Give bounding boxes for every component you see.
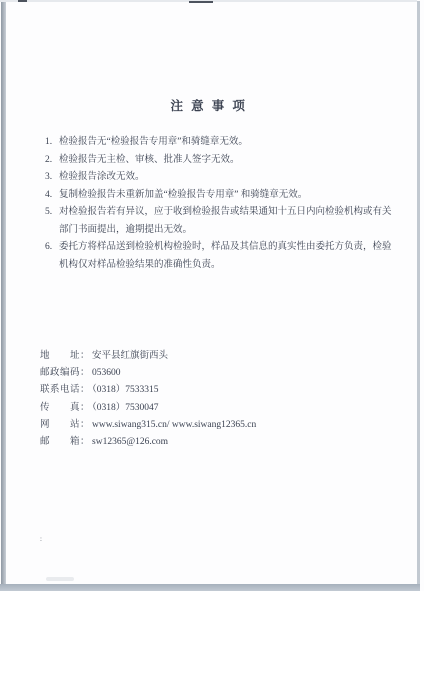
- page-scan-edge-left: [1, 0, 6, 589]
- list-item: 1.检验报告无“检验报告专用章”和骑缝章无效。: [45, 134, 394, 152]
- contact-value: （0318）7533315: [92, 385, 159, 395]
- list-item: 4.复制检验报告未重新加盖“检验报告专用章” 和骑缝章无效。: [45, 187, 394, 205]
- contact-row-phone: 联系电话：（0318）7533315: [40, 382, 256, 399]
- contact-value: www.siwang315.cn/ www.siwang12365.cn: [92, 420, 256, 430]
- note-text: 委托方将样品送到检验机构检验时，样品及其信息的真实性由委托方负责，检验机构仅对样…: [59, 242, 392, 270]
- note-number: 5.: [45, 204, 59, 222]
- scan-artifact-mark: [18, 0, 27, 2]
- contact-value: sw12365@126.com: [92, 437, 168, 447]
- page-scan-edge-right: [417, 1, 420, 587]
- note-text: 对检验报告若有异议，应于收到检验报告或结果通知十五日内向检验机构或有关部门书面提…: [59, 207, 392, 235]
- note-number: 3.: [45, 169, 59, 187]
- contact-row-email: 邮 箱：sw12365@126.com: [40, 434, 256, 451]
- contact-label: 邮 箱：: [40, 437, 90, 447]
- note-number: 1.: [45, 134, 59, 152]
- contact-row-website: 网 站：www.siwang315.cn/ www.siwang12365.cn: [40, 417, 256, 434]
- note-number: 4.: [45, 187, 59, 205]
- note-number: 2.: [45, 152, 59, 170]
- contact-value: （0318）7530047: [92, 403, 159, 413]
- list-item: 3.检验报告涂改无效。: [45, 169, 394, 187]
- contact-value: 安平县红旗街西头: [92, 351, 168, 361]
- scanned-document-page: 注 意 事 项 1.检验报告无“检验报告专用章”和骑缝章无效。 2.检验报告无主…: [0, 0, 424, 591]
- contact-row-fax: 传 真：（0318）7530047: [40, 400, 256, 417]
- contact-label: 联系电话：: [40, 385, 90, 395]
- list-item: 2.检验报告无主检、审核、批准人签字无效。: [45, 152, 394, 170]
- scan-smudge: [46, 577, 74, 581]
- contact-label: 邮政编码：: [40, 368, 90, 378]
- list-item: 5.对检验报告若有异议，应于收到检验报告或结果通知十五日内向检验机构或有关部门书…: [45, 204, 394, 239]
- contact-label: 网 站：: [40, 420, 90, 430]
- note-number: 6.: [45, 239, 59, 257]
- scan-artifact-mark: [189, 1, 213, 3]
- contact-row-address: 地 址：安平县红旗街西头: [40, 348, 256, 365]
- contact-value: 053600: [92, 368, 121, 378]
- page-scan-edge-bottom: [0, 584, 420, 591]
- contact-row-postcode: 邮政编码：053600: [40, 365, 256, 382]
- contact-label: 地 址：: [40, 351, 90, 361]
- page-title: 注 意 事 项: [0, 96, 418, 114]
- note-text: 检验报告无“检验报告专用章”和骑缝章无效。: [59, 137, 248, 147]
- contact-label: 传 真：: [40, 403, 90, 413]
- contact-block: 地 址：安平县红旗街西头 邮政编码：053600 联系电话：（0318）7533…: [40, 348, 256, 451]
- notes-list: 1.检验报告无“检验报告专用章”和骑缝章无效。 2.检验报告无主检、审核、批准人…: [45, 134, 394, 274]
- note-text: 检验报告无主检、审核、批准人签字无效。: [59, 155, 240, 165]
- list-item: 6.委托方将样品送到检验机构检验时，样品及其信息的真实性由委托方负责，检验机构仅…: [45, 239, 394, 274]
- note-text: 复制检验报告未重新加盖“检验报告专用章” 和骑缝章无效。: [59, 190, 307, 200]
- note-text: 检验报告涂改无效。: [59, 172, 145, 182]
- scan-artifact-colon: :: [40, 535, 42, 543]
